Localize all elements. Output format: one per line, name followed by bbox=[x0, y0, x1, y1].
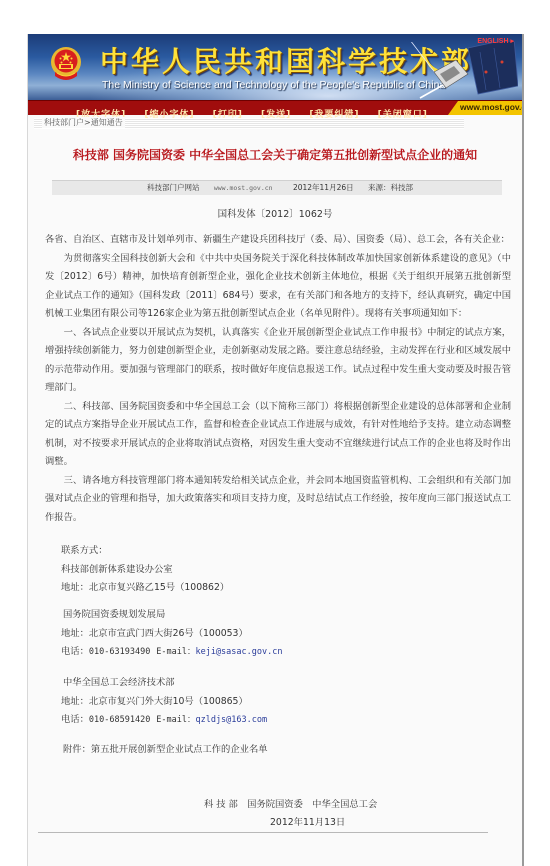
satellite-icon bbox=[406, 42, 518, 100]
article-title: 科技部 国务院国资委 中华全国总工会关于确定第五批创新型试点企业的通知 bbox=[28, 146, 522, 163]
national-emblem-icon bbox=[50, 46, 82, 84]
contact-org-3: 中华全国总工会经济技术部 bbox=[63, 674, 267, 693]
meta-source: 来源：科技部 bbox=[368, 183, 413, 192]
ministry-english-title: The Ministry of Science and Technology o… bbox=[102, 79, 445, 91]
breadcrumb-notices-link[interactable]: 通知通告 bbox=[91, 118, 123, 127]
english-version-link[interactable]: ENGLISH ▸ bbox=[477, 37, 514, 45]
bottom-divider bbox=[38, 832, 488, 833]
breadcrumb: 科技部门户>通知通告 bbox=[34, 118, 464, 129]
signature-date: 2012年11月13日 bbox=[28, 814, 522, 828]
attachment-line[interactable]: 附件：第五批开展创新型企业试点工作的企业名单 bbox=[63, 741, 268, 760]
contact-email-link-3[interactable]: qzldjs@163.com bbox=[195, 715, 267, 725]
toolbar-nav: [放大字体] [缩小字体] [打印] [发送] [我要纠错] [关闭窗口] ww… bbox=[28, 100, 522, 115]
contact-phone-2: 010-63193490 bbox=[89, 647, 150, 657]
contact-org-1: 科技部创新体系建设办公室 bbox=[61, 561, 229, 580]
article-body: 各省、自治区、直辖市及计划单列市、新疆生产建设兵团科技厅（委、局）、国资委（局）… bbox=[45, 231, 511, 527]
meta-site-url: www.most.gov.cn bbox=[214, 184, 273, 192]
contact-address-1: 地址：北京市复兴路乙15号（100862） bbox=[61, 579, 229, 598]
contact-email-link-2[interactable]: keji@sasac.gov.cn bbox=[195, 647, 282, 657]
meta-site-name: 科技部门户网站 www.most.gov.cn bbox=[141, 183, 279, 192]
salutation-paragraph: 各省、自治区、直辖市及计划单列市、新疆生产建设兵团科技厅（委、局）、国资委（局）… bbox=[45, 231, 511, 250]
contact-org-2: 国务院国资委规划发展局 bbox=[63, 606, 282, 625]
item-one-paragraph: 一、各试点企业要以开展试点为契机，认真落实《企业开展创新型企业试点工作申报书》中… bbox=[45, 324, 511, 398]
breadcrumb-home-link[interactable]: 科技部门户 bbox=[44, 118, 84, 127]
article-meta-bar: 科技部门户网站 www.most.gov.cn 2012年11月26日 来源：科… bbox=[52, 180, 502, 195]
intro-paragraph: 为贯彻落实全国科技创新大会和《中共中央国务院关于深化科技体制改革加快国家创新体系… bbox=[45, 250, 511, 324]
contact-group-acftu: 中华全国总工会经济技术部 地址：北京市复兴门外大街10号（100865） 电话：… bbox=[63, 674, 267, 730]
contact-section: 联系方式： 科技部创新体系建设办公室 地址：北京市复兴路乙15号（100862） bbox=[61, 542, 229, 598]
contact-phone-row-3: 电话：010-68591420 E-mail：qzldjs@163.com bbox=[61, 711, 267, 730]
site-url-text: www.most.gov.cn bbox=[460, 102, 531, 112]
item-three-paragraph: 三、请各地方科技管理部门将本通知转发给相关试点企业，并会同本地国资监管机构、工会… bbox=[45, 472, 511, 528]
item-two-paragraph: 二、科技部、国务院国资委和中华全国总工会（以下简称三部门）将根据创新型企业建设的… bbox=[45, 398, 511, 472]
contact-address-3: 地址：北京市复兴门外大街10号（100865） bbox=[61, 693, 267, 712]
site-banner: 中华人民共和国科学技术部 The Ministry of Science and… bbox=[28, 34, 522, 100]
contact-phone-row-2: 电话：010-63193490 E-mail：keji@sasac.gov.cn bbox=[61, 643, 282, 662]
meta-date: 2012年11月26日 bbox=[293, 183, 354, 192]
page-container: 中华人民共和国科学技术部 The Ministry of Science and… bbox=[27, 34, 524, 866]
signature-orgs: 科 技 部 国务院国资委 中华全国总工会 bbox=[28, 796, 522, 810]
document-number: 国科发体〔2012〕1062号 bbox=[28, 206, 522, 220]
contact-heading: 联系方式： bbox=[61, 542, 229, 561]
contact-group-sasac: 国务院国资委规划发展局 地址：北京市宣武门西大街26号（100053） 电话：0… bbox=[63, 606, 282, 662]
breadcrumb-separator: > bbox=[84, 118, 91, 127]
contact-address-2: 地址：北京市宣武门西大街26号（100053） bbox=[61, 625, 282, 644]
contact-phone-3: 010-68591420 bbox=[89, 715, 150, 725]
site-url-badge[interactable]: www.most.gov.cn bbox=[448, 101, 522, 115]
